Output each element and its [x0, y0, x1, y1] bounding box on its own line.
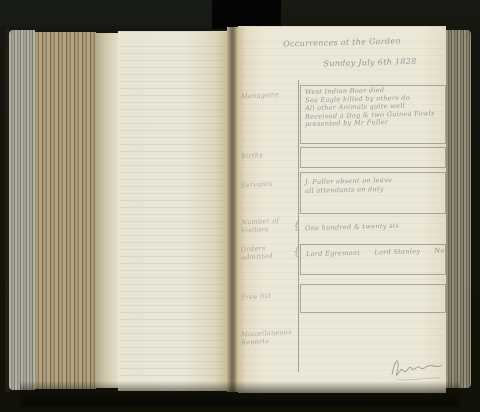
entry-box-free-list — [300, 284, 446, 313]
right-page-edges — [446, 30, 471, 388]
ruled-lines — [120, 40, 225, 381]
photograph-of-ledger: Occurrences at the Garden Sunday July 6t… — [0, 0, 480, 412]
ledger-right-page: Occurrences at the Garden Sunday July 6t… — [238, 26, 446, 393]
signature-flourish — [388, 353, 446, 383]
left-page-edges-gray — [9, 30, 35, 390]
entry-box-births — [300, 147, 446, 168]
blank-left-page — [118, 31, 227, 391]
left-page-edges-light — [96, 33, 118, 388]
background-shade — [0, 0, 212, 26]
book-bottom-shadow — [20, 381, 460, 407]
brace-mark: { — [293, 219, 301, 232]
dark-patch — [212, 0, 281, 29]
book-gutter — [227, 27, 238, 392]
brace-mark: { — [293, 245, 301, 258]
left-page-edges-tan — [35, 32, 96, 389]
